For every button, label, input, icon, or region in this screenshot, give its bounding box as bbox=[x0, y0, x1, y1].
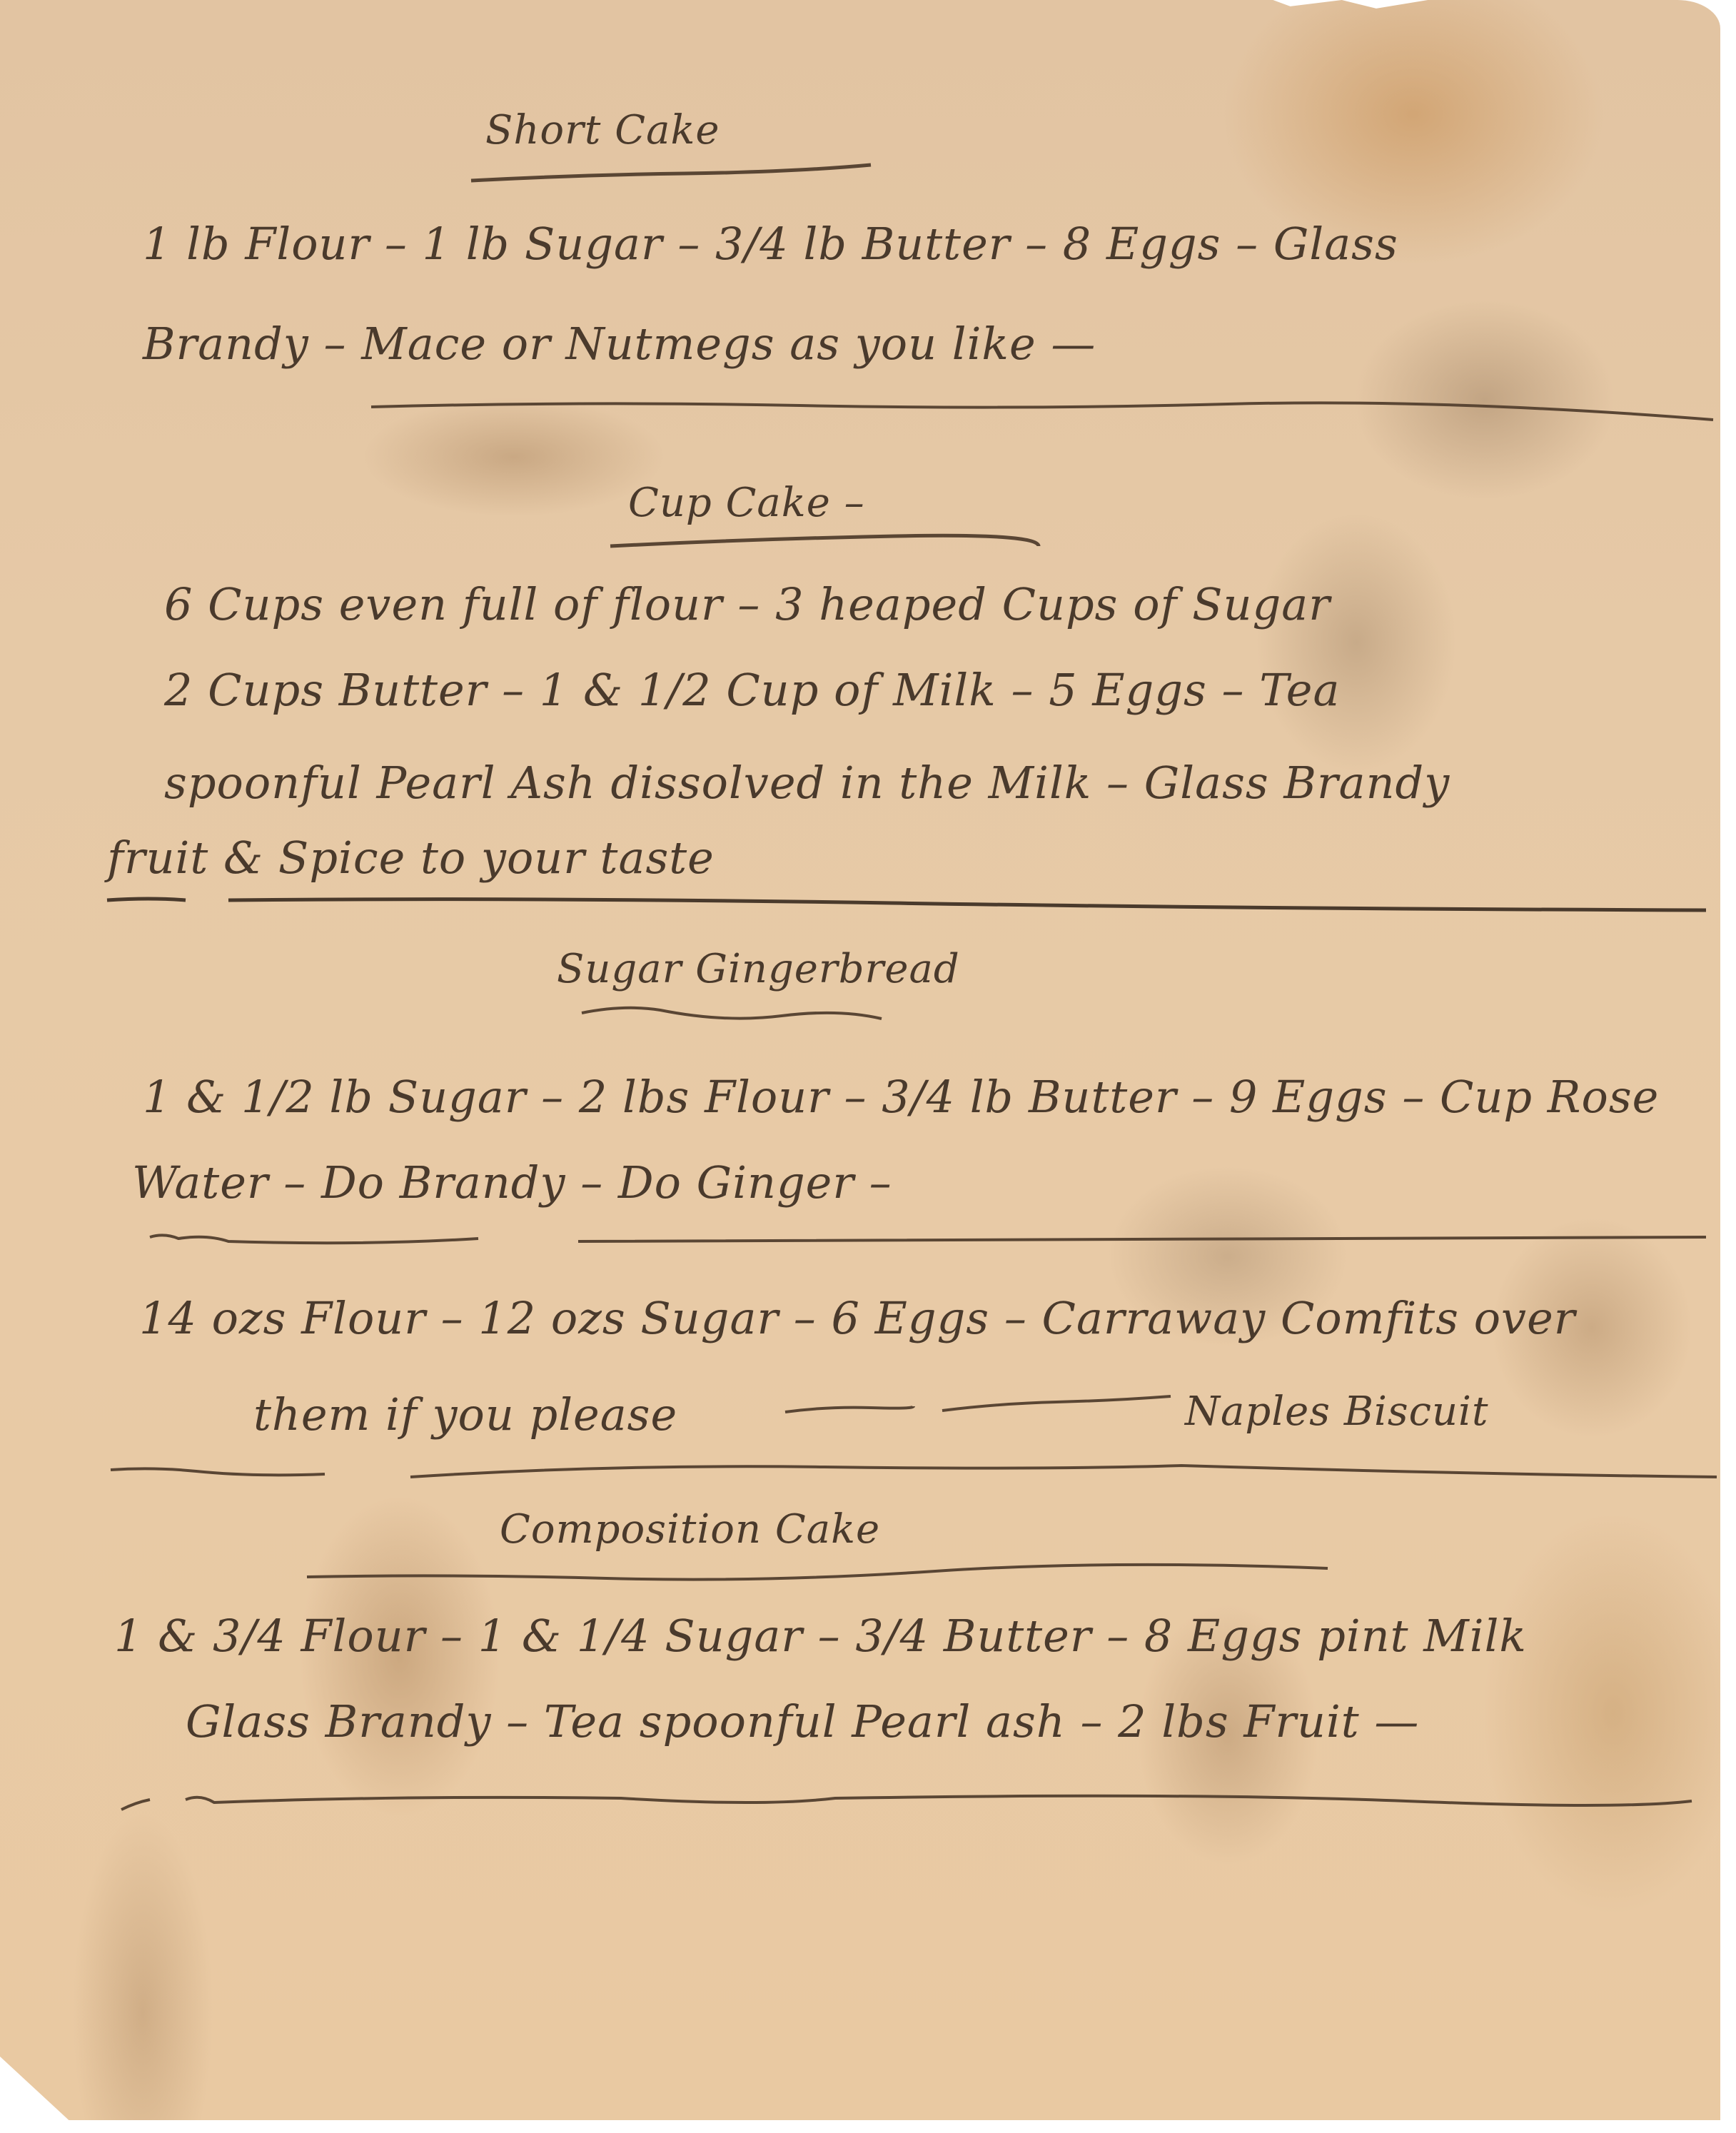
recipe-line: 1 & 1/2 lb Sugar – 2 lbs Flour – 3/4 lb … bbox=[143, 1071, 1659, 1123]
recipe-title-composition-cake: Composition Cake bbox=[500, 1506, 880, 1553]
title-underline bbox=[471, 161, 885, 168]
title-underline bbox=[610, 532, 1053, 539]
section-divider bbox=[150, 1231, 1720, 1239]
recipe-line: fruit & Spice to your taste bbox=[107, 832, 715, 884]
recipe-line: 1 lb Flour – 1 lb Sugar – 3/4 lb Butter … bbox=[143, 218, 1398, 270]
recipe-line: Water – Do Brandy – Do Ginger – bbox=[132, 1156, 892, 1209]
recipe-title-short-cake: Short Cake bbox=[485, 107, 720, 153]
recipe-line: Brandy – Mace or Nutmegs as you like — bbox=[143, 318, 1096, 370]
recipe-line: them if you please bbox=[253, 1388, 677, 1441]
recipe-line: Glass Brandy – Tea spoonful Pearl ash – … bbox=[186, 1695, 1419, 1748]
recipe-line: 6 Cups even full of flour – 3 heaped Cup… bbox=[164, 578, 1331, 630]
section-divider bbox=[107, 896, 1713, 903]
recipe-title-naples-biscuit: Naples Biscuit bbox=[1185, 1388, 1488, 1435]
filler-dash bbox=[785, 1399, 1171, 1406]
title-underline bbox=[582, 1003, 882, 1010]
section-divider bbox=[371, 400, 1727, 407]
manuscript-page: Short Cake 1 lb Flour – 1 lb Sugar – 3/4… bbox=[0, 0, 1720, 2120]
recipe-line: 2 Cups Butter – 1 & 1/2 Cup of Milk – 5 … bbox=[164, 664, 1340, 716]
recipe-line: spoonful Pearl Ash dissolved in the Milk… bbox=[164, 757, 1450, 809]
title-underline bbox=[307, 1567, 1335, 1574]
section-divider bbox=[111, 1467, 1724, 1474]
recipe-line: 1 & 3/4 Flour – 1 & 1/4 Sugar – 3/4 Butt… bbox=[114, 1610, 1527, 1662]
recipe-line: 14 ozs Flour – 12 ozs Sugar – 6 Eggs – C… bbox=[139, 1292, 1575, 1344]
recipe-title-cup-cake: Cup Cake – bbox=[628, 480, 865, 526]
recipe-title-sugar-gingerbread: Sugar Gingerbread bbox=[557, 946, 960, 992]
section-divider bbox=[121, 1795, 1692, 1802]
